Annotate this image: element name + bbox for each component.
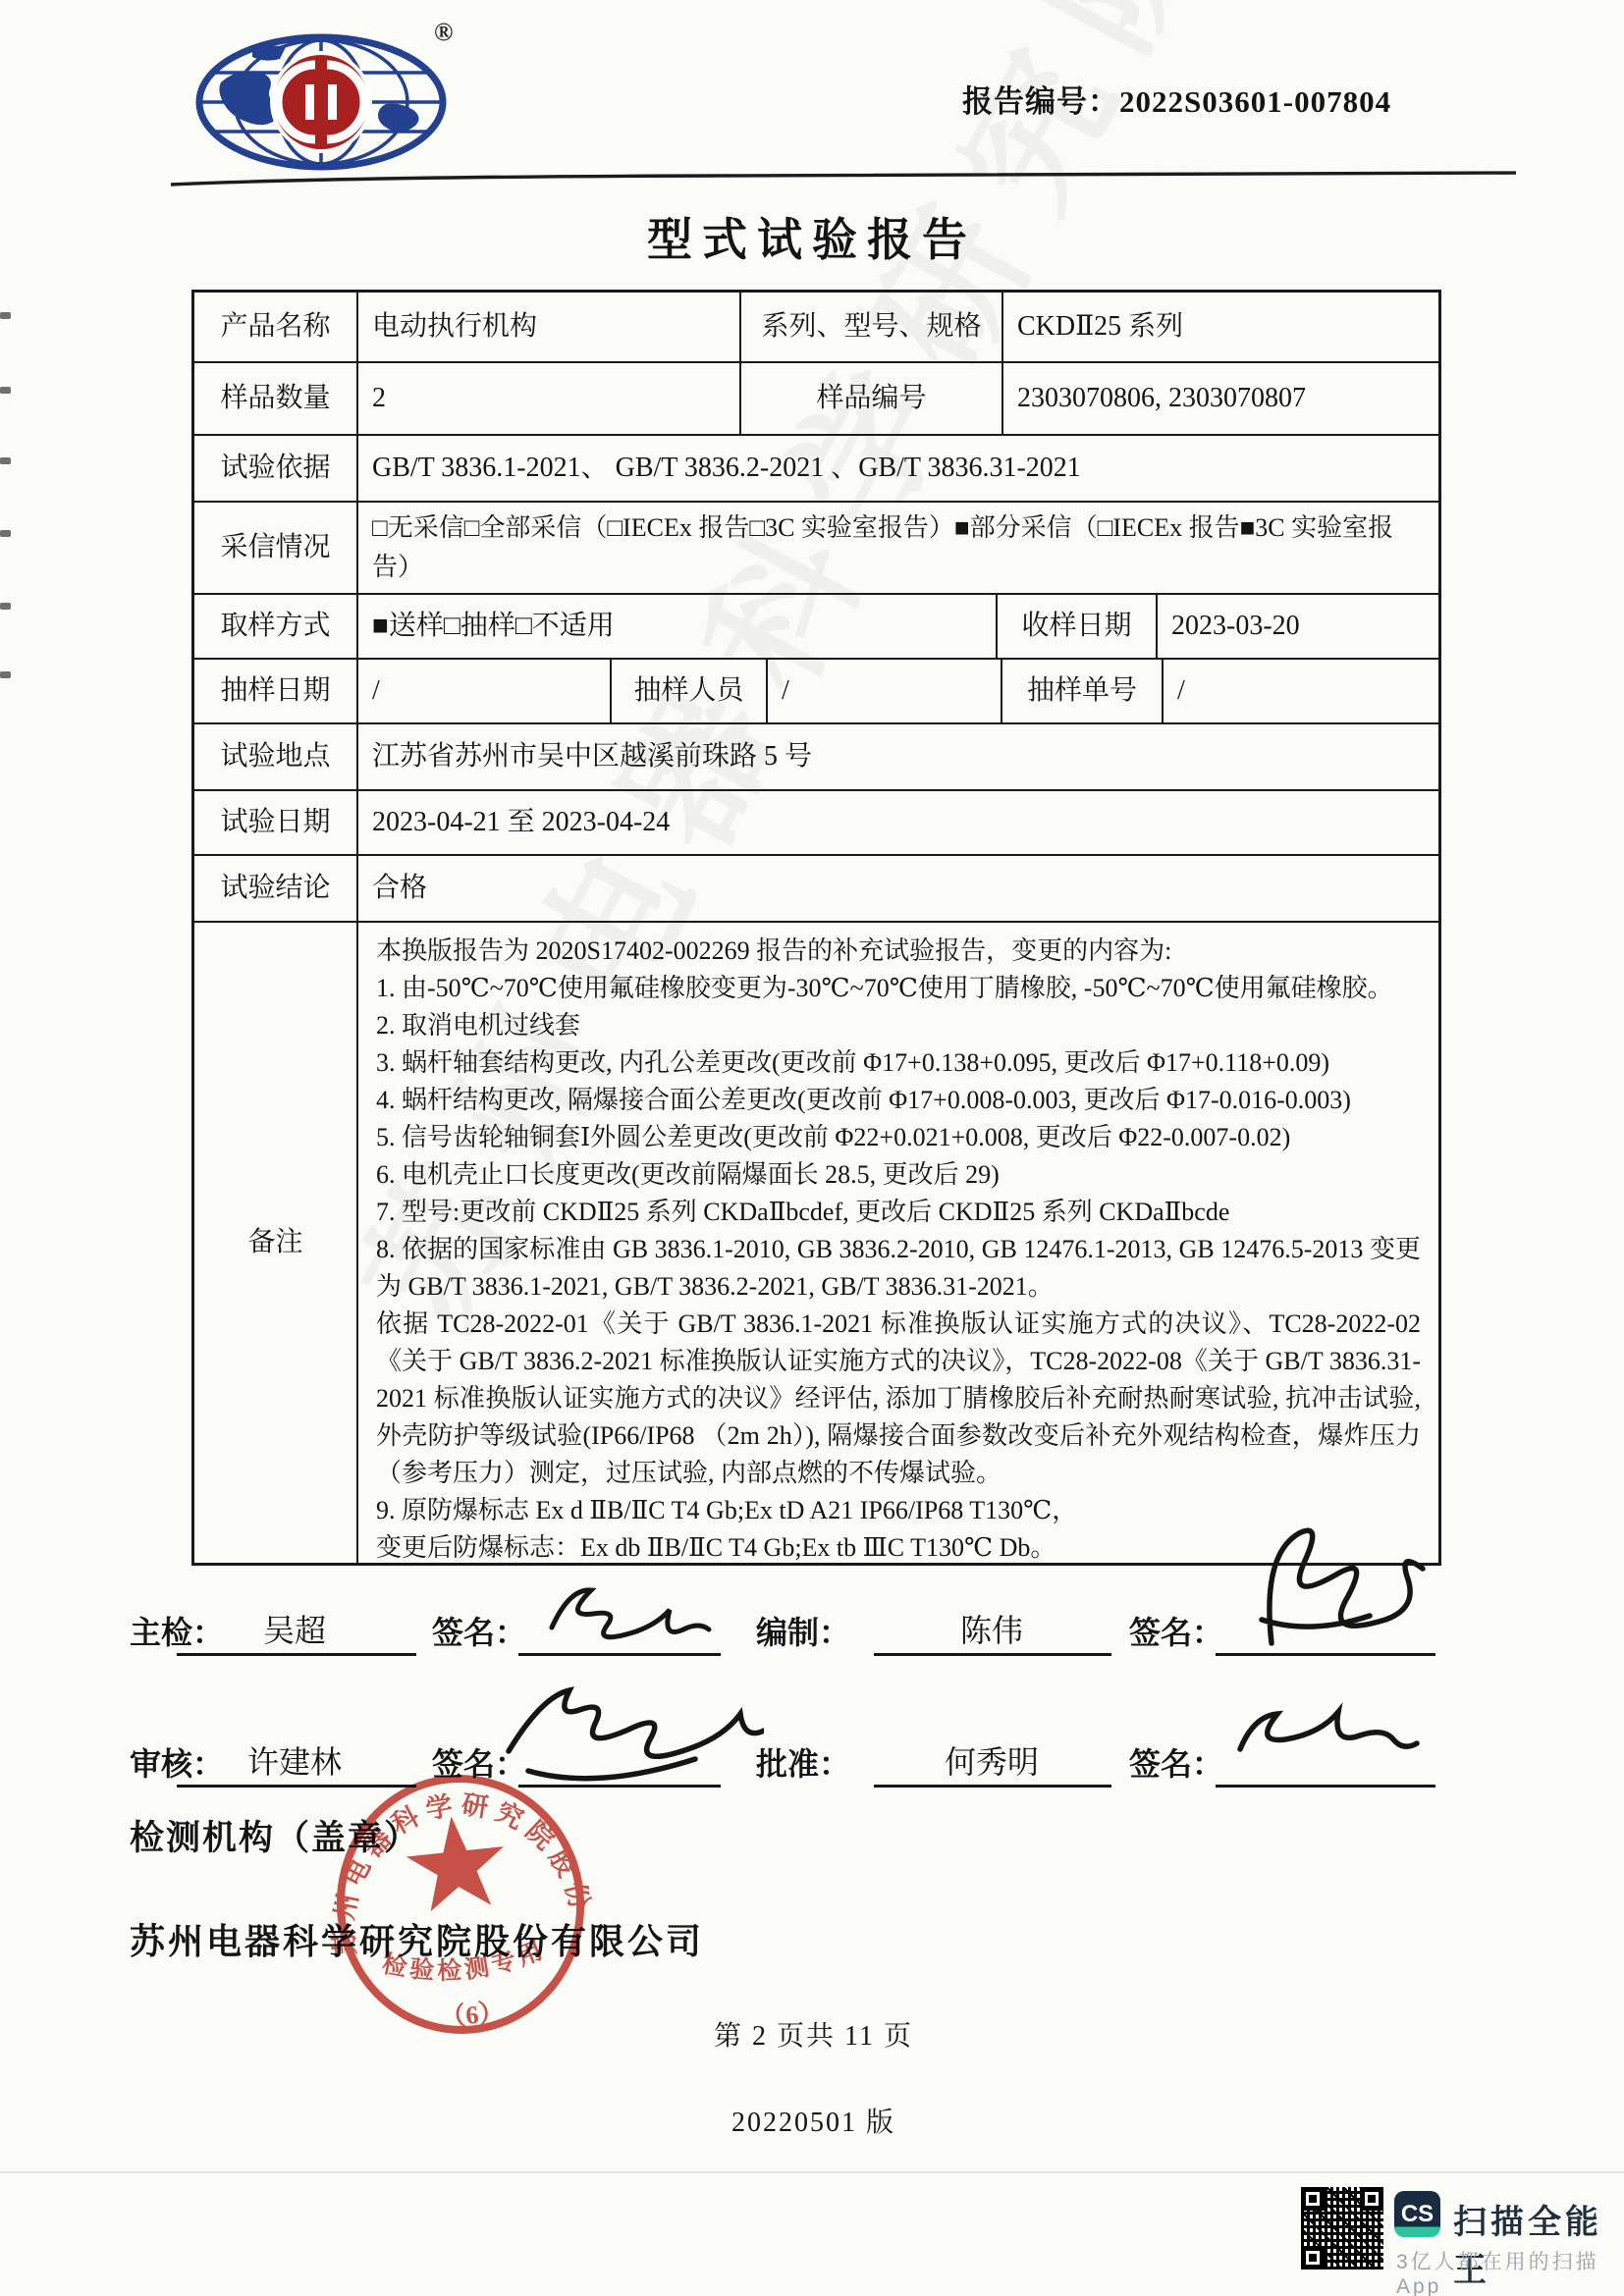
test-basis-value: GB/T 3836.1-2021、 GB/T 3836.2-2021 、GB/T… <box>356 436 1438 501</box>
sampling-date-value: / <box>356 660 610 722</box>
remark-paragraph: 6. 电机壳止口长度更改(更改前隔爆面长 28.5, 更改后 29) <box>376 1156 1000 1194</box>
sampling-method-label: 取样方式 <box>194 595 356 658</box>
scanned-report-page: 苏州电器科学研究院股份有限公司 ® 报告编号：2022S03601-0 <box>0 0 1624 2296</box>
sample-quantity-value: 2 <box>356 363 739 434</box>
scan-artifact <box>0 457 11 464</box>
compiler-name: 陈伟 <box>879 1606 1105 1651</box>
table-row: 取样方式 ■送样□抽样□不适用 收样日期 2023-03-20 <box>194 593 1438 658</box>
report-number-line: 报告编号：2022S03601-007804 <box>962 77 1391 121</box>
series-model-spec-value: CKDⅡ25 系列 <box>1001 293 1438 361</box>
receipt-date-label: 收样日期 <box>996 595 1156 658</box>
adoption-status-label: 采信情况 <box>194 503 356 593</box>
signature-line <box>1216 1785 1435 1788</box>
remark-paragraph: 3. 蜗杆轴套结构更改, 内孔公差更改(更改前 Φ17+0.138+0.095,… <box>376 1044 1329 1082</box>
registered-trademark-icon: ® <box>434 18 453 47</box>
product-name-value: 电动执行机构 <box>356 293 739 361</box>
chief-inspector-signature <box>522 1567 719 1657</box>
qr-finder-pattern <box>1301 2246 1325 2269</box>
report-number-value: 2022S03601-007804 <box>1119 84 1391 119</box>
test-date-label: 试验日期 <box>194 791 356 854</box>
remark-content: 本换版报告为 2020S17402-002269 报告的补充试验报告，变更的内容… <box>356 923 1438 1563</box>
sampling-sheet-no-value: / <box>1162 660 1438 722</box>
test-location-value: 江苏省苏州市吴中区越溪前珠路 5 号 <box>356 724 1438 789</box>
receipt-date-value: 2023-03-20 <box>1156 595 1438 658</box>
approver-label: 批准： <box>756 1739 850 1785</box>
compiler-label: 编制： <box>756 1608 850 1653</box>
sign-label: 签名： <box>432 1608 526 1653</box>
sample-number-value: 2303070806, 2303070807 <box>1001 363 1438 434</box>
page-title: 型式试验报告 <box>0 204 1624 269</box>
remark-label: 备注 <box>194 923 356 1563</box>
scan-artifact <box>0 387 11 394</box>
signature-line <box>874 1653 1111 1656</box>
scan-artifact <box>0 603 11 610</box>
table-row: 试验结论 合格 <box>194 854 1438 921</box>
remark-paragraph: 4. 蜗杆结构更改, 隔爆接合面公差更改(更改前 Φ17+0.008-0.003… <box>376 1082 1351 1119</box>
signature-line <box>1216 1653 1435 1656</box>
test-conclusion-value: 合格 <box>356 856 1438 921</box>
remark-paragraph: 9. 原防爆标志 Ex d ⅡB/ⅡC T4 Gb;Ex tD A21 IP66… <box>376 1492 1077 1529</box>
series-model-spec-label: 系列、型号、规格 <box>739 293 1001 361</box>
compiler-signature <box>1232 1514 1429 1659</box>
sampling-person-value: / <box>766 660 1001 722</box>
chief-inspector-name: 吴超 <box>182 1606 407 1651</box>
sampling-date-label: 抽样日期 <box>194 660 356 722</box>
camscanner-tagline: 3亿人都在用的扫描App <box>1396 2246 1624 2296</box>
scan-artifact <box>0 530 11 537</box>
test-basis-label: 试验依据 <box>194 436 356 501</box>
remark-paragraph: 本换版报告为 2020S17402-002269 报告的补充试验报告，变更的内容… <box>376 933 1171 970</box>
scan-artifact <box>0 312 11 319</box>
approver-name: 何秀明 <box>879 1737 1105 1783</box>
sampling-method-value: ■送样□抽样□不适用 <box>356 595 996 658</box>
table-row: 采信情况 □无采信□全部采信（□IECEx 报告□3C 实验室报告）■部分采信（… <box>194 501 1438 593</box>
sample-number-label: 样品编号 <box>739 363 1001 434</box>
adoption-status-value: □无采信□全部采信（□IECEx 报告□3C 实验室报告）■部分采信（□IECE… <box>356 503 1438 593</box>
camscanner-app-icon: CS <box>1394 2191 1440 2237</box>
table-row: 试验地点 江苏省苏州市吴中区越溪前珠路 5 号 <box>194 722 1438 789</box>
signature-line <box>874 1785 1111 1788</box>
table-row: 试验日期 2023-04-21 至 2023-04-24 <box>194 789 1438 854</box>
table-row: 备注 本换版报告为 2020S17402-002269 报告的补充试验报告，变更… <box>194 921 1438 1563</box>
table-row: 抽样日期 / 抽样人员 / 抽样单号 / <box>194 658 1438 722</box>
qr-finder-pattern <box>1301 2187 1325 2211</box>
sign-label: 签名： <box>1129 1739 1223 1785</box>
approver-signature <box>1222 1684 1429 1787</box>
scan-artifact <box>0 671 11 678</box>
sampling-person-label: 抽样人员 <box>610 660 766 722</box>
table-row: 试验依据 GB/T 3836.1-2021、 GB/T 3836.2-2021 … <box>194 434 1438 501</box>
footer-divider <box>0 2171 1624 2173</box>
remark-paragraph: 1. 由-50℃~70℃使用氟硅橡胶变更为-30℃~70℃使用丁腈橡胶, -50… <box>376 970 1393 1007</box>
sampling-sheet-no-label: 抽样单号 <box>1001 660 1162 722</box>
signature-line <box>518 1653 721 1656</box>
qr-code <box>1301 2187 1383 2269</box>
header-divider-line <box>169 167 1516 188</box>
test-date-value: 2023-04-21 至 2023-04-24 <box>356 791 1438 854</box>
report-number-label: 报告编号： <box>962 84 1119 119</box>
table-row: 产品名称 电动执行机构 系列、型号、规格 CKDⅡ25 系列 <box>194 293 1438 361</box>
report-summary-table: 产品名称 电动执行机构 系列、型号、规格 CKDⅡ25 系列 样品数量 2 样品… <box>191 290 1441 1566</box>
remark-paragraph: 2. 取消电机过线套 <box>376 1007 580 1044</box>
form-version: 20220501 版 <box>191 2101 1435 2140</box>
certification-globe-logo <box>192 33 450 171</box>
sign-label: 签名： <box>1129 1608 1223 1653</box>
page-number-info: 第 2 页共 11 页 <box>191 2014 1435 2054</box>
stamp-inner-text: 检验检测专用章 <box>298 1738 552 2001</box>
signature-line <box>177 1653 416 1656</box>
test-location-label: 试验地点 <box>194 724 356 789</box>
qr-finder-pattern <box>1360 2187 1383 2211</box>
product-name-label: 产品名称 <box>194 293 356 361</box>
remark-paragraph: 变更后防爆标志：Ex db ⅡB/ⅡC T4 Gb;Ex tb ⅢC T130℃… <box>376 1529 1056 1567</box>
remark-paragraph: 7. 型号:更改前 CKDⅡ25 系列 CKDaⅡbcdef, 更改后 CKDⅡ… <box>376 1194 1229 1231</box>
remark-paragraph: 依据 TC28-2022-01《关于 GB/T 3836.1-2021 标准换版… <box>376 1306 1421 1492</box>
remark-paragraph: 8. 依据的国家标准由 GB 3836.1-2010, GB 3836.2-20… <box>376 1231 1421 1306</box>
test-conclusion-label: 试验结论 <box>194 856 356 921</box>
svg-text:检验检测专用章: 检验检测专用章 <box>298 1738 552 2001</box>
table-row: 样品数量 2 样品编号 2303070806, 2303070807 <box>194 361 1438 434</box>
sample-quantity-label: 样品数量 <box>194 363 356 434</box>
remark-paragraph: 5. 信号齿轮轴铜套Ⅰ外圆公差更改(更改前 Φ22+0.021+0.008, 更… <box>376 1119 1290 1156</box>
